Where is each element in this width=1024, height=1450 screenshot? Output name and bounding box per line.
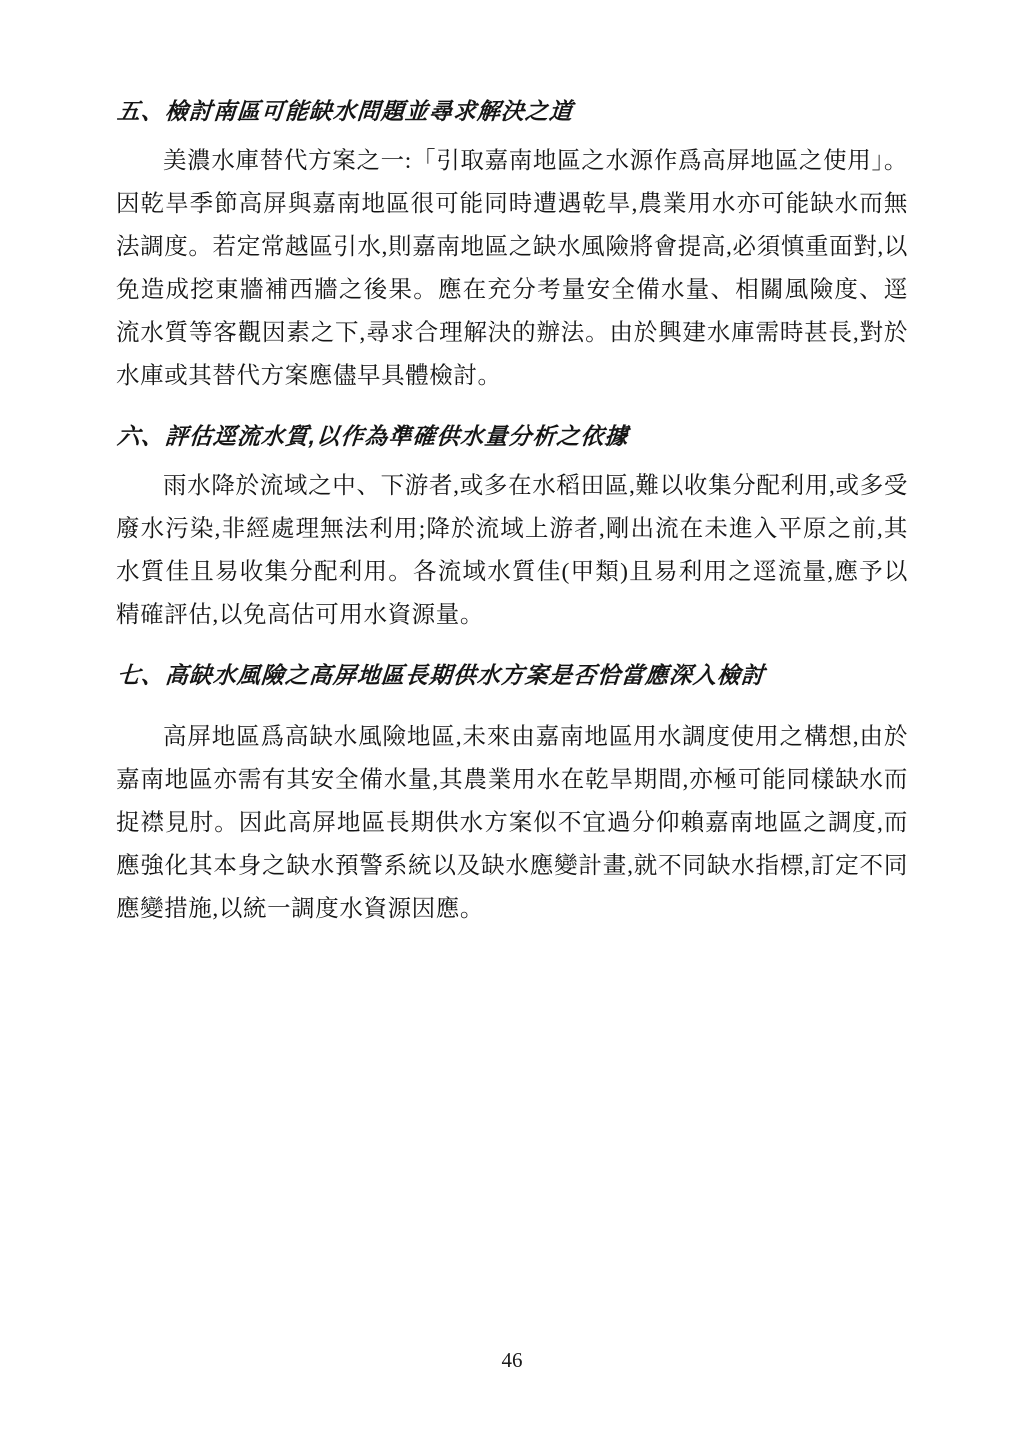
page-number: 46 xyxy=(0,1348,1024,1373)
section-6-paragraph: 雨水降於流域之中、下游者,或多在水稻田區,難以收集分配利用,或多受廢水污染,非經… xyxy=(116,465,908,637)
section-6-heading: 六、評估逕流水質,以作為準確供水量分析之依據 xyxy=(116,421,910,451)
section-5: 五、檢討南區可能缺水問題並尋求解決之道 美濃水庫替代方案之一:「引取嘉南地區之水… xyxy=(116,96,908,398)
section-7: 七、高缺水風險之高屏地區長期供水方案是否恰當應深入檢討 高屏地區爲高缺水風險地區… xyxy=(116,660,908,931)
document-page: 五、檢討南區可能缺水問題並尋求解決之道 美濃水庫替代方案之一:「引取嘉南地區之水… xyxy=(0,0,1024,1450)
section-5-heading: 五、檢討南區可能缺水問題並尋求解決之道 xyxy=(116,96,910,126)
section-6: 六、評估逕流水質,以作為準確供水量分析之依據 雨水降於流域之中、下游者,或多在水… xyxy=(116,421,908,637)
section-7-heading: 七、高缺水風險之高屏地區長期供水方案是否恰當應深入檢討 xyxy=(116,660,910,690)
section-7-paragraph: 高屏地區爲高缺水風險地區,未來由嘉南地區用水調度使用之構想,由於嘉南地區亦需有其… xyxy=(116,716,908,931)
document-content: 五、檢討南區可能缺水問題並尋求解決之道 美濃水庫替代方案之一:「引取嘉南地區之水… xyxy=(116,96,908,931)
section-5-paragraph: 美濃水庫替代方案之一:「引取嘉南地區之水源作爲高屏地區之使用」。因乾旱季節高屏與… xyxy=(116,140,908,398)
